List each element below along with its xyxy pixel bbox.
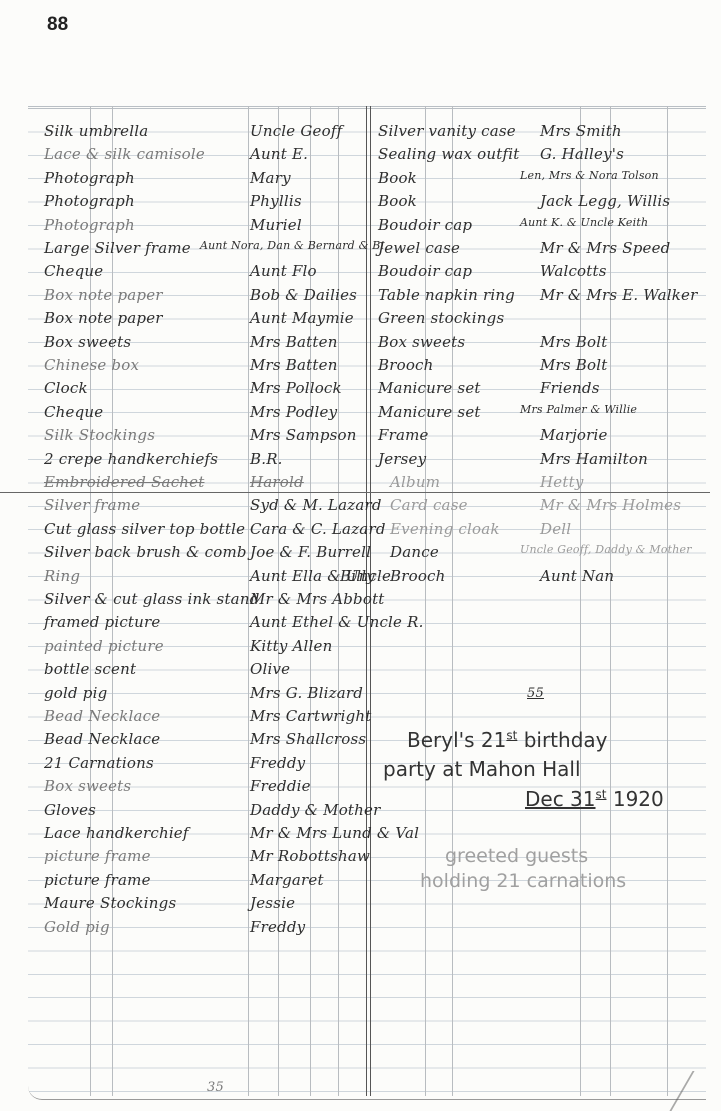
gift-item: Card case <box>390 496 468 514</box>
date-year: 1920 <box>613 787 664 811</box>
gift-item: Lace & silk camisole <box>44 145 205 163</box>
gift-item: painted picture <box>44 637 164 655</box>
event-birthday: birthday <box>524 728 608 752</box>
gift-item: Silver vanity case <box>378 122 516 140</box>
giver-name: Mary <box>250 169 291 187</box>
giver-name: Mrs Hamilton <box>540 450 648 468</box>
giver-name: Joe & F. Burrell <box>250 543 371 561</box>
giver-name: Aunt Maymie <box>250 309 354 327</box>
giver-name: Freddie <box>250 777 311 795</box>
giver-name: Phyllis <box>250 192 302 210</box>
gift-item: Photograph <box>44 169 135 187</box>
event-date: Dec 31st 1920 <box>525 787 664 811</box>
gift-item: Photograph <box>44 192 135 210</box>
margin-note: Billy <box>340 567 375 585</box>
gift-item: Silk umbrella <box>44 122 148 140</box>
gift-item: Boudoir cap <box>378 216 472 234</box>
giver-name: Walcotts <box>540 262 607 280</box>
giver-name: Jessie <box>250 894 295 912</box>
giver-name: Mrs Batten <box>250 333 338 351</box>
gift-item: Bead Necklace <box>44 730 160 748</box>
section-rule <box>0 492 710 493</box>
giver-name: Bob & Dailies <box>250 286 357 304</box>
left-total: 35 <box>207 1080 224 1095</box>
gift-item: Album <box>390 473 440 491</box>
gift-item: Gloves <box>44 801 96 819</box>
gift-item: Manicure set <box>378 379 481 397</box>
gift-item: Maure Stockings <box>44 894 176 912</box>
gift-item: Sealing wax outfit <box>378 145 519 163</box>
giver-name: Uncle Geoff, Daddy & Mother <box>520 543 692 556</box>
giver-name: Mr & Mrs E. Walker <box>540 286 698 304</box>
date-text: Dec 31 <box>525 787 596 811</box>
giver-name: Dell <box>540 520 571 538</box>
gift-item: Clock <box>44 379 88 397</box>
giver-name: Uncle Geoff <box>250 122 342 140</box>
gift-item: Evening cloak <box>390 520 500 538</box>
giver-name: Aunt K. & Uncle Keith <box>520 216 648 229</box>
gift-item: Photograph <box>44 216 135 234</box>
ledger-page: 88 Silk umbrellaUncle GeoffLace & silk c… <box>0 0 721 1111</box>
giver-name: Mrs G. Blizard <box>250 684 363 702</box>
giver-name: Jack Legg, Willis <box>540 192 670 210</box>
gift-item: picture frame <box>44 847 151 865</box>
gift-item: Frame <box>378 426 429 444</box>
giver-name: Hetty <box>540 473 584 491</box>
gift-item: Lace handkerchief <box>44 824 189 842</box>
giver-name: Mr & Mrs Speed <box>540 239 670 257</box>
gift-item: Chinese box <box>44 356 139 374</box>
gift-item: framed picture <box>44 613 160 631</box>
gift-item: Boudoir cap <box>378 262 472 280</box>
gift-item: Green stockings <box>378 309 504 327</box>
giver-name: Mrs Podley <box>250 403 337 421</box>
giver-name: Mr Robottshaw <box>250 847 370 865</box>
giver-name: Mrs Batten <box>250 356 338 374</box>
giver-name: Mr & Mrs Lund & Val <box>250 824 419 842</box>
giver-name: Mr & Mrs Abbott <box>250 590 385 608</box>
gift-item: 2 crepe handkerchiefs <box>44 450 218 468</box>
giver-name: Olive <box>250 660 290 678</box>
giver-name: Mrs Pollock <box>250 379 342 397</box>
gift-item: Dance <box>390 543 439 561</box>
giver-name: Friends <box>540 379 600 397</box>
event-note-line2: party at Mahon Hall <box>383 757 581 781</box>
giver-name: Mrs Bolt <box>540 333 607 351</box>
gift-item: Gold pig <box>44 918 110 936</box>
date-suffix: st <box>596 787 607 801</box>
giver-name: Mrs Palmer & Willie <box>520 403 637 416</box>
giver-name: Aunt Flo <box>250 262 317 280</box>
gift-item: Cheque <box>44 262 103 280</box>
event-title: Beryl's 21 <box>407 728 506 752</box>
giver-name: B.R. <box>250 450 283 468</box>
giver-name: Mrs Bolt <box>540 356 607 374</box>
giver-name: Aunt E. <box>250 145 308 163</box>
giver-name: Aunt Nora, Dan & Bernard & Bi <box>200 239 384 252</box>
gift-item: bottle scent <box>44 660 136 678</box>
giver-name: Freddy <box>250 754 305 772</box>
giver-name: Mrs Cartwright <box>250 707 372 725</box>
gift-item: Box sweets <box>44 333 131 351</box>
giver-name: Freddy <box>250 918 305 936</box>
pencil-note-line2: holding 21 carnations <box>420 870 626 892</box>
giver-name: G. Halley's <box>540 145 624 163</box>
giver-name: Muriel <box>250 216 302 234</box>
gift-item: Bead Necklace <box>44 707 160 725</box>
gift-item: Silver frame <box>44 496 140 514</box>
gift-item: Jersey <box>378 450 426 468</box>
gift-item: Box note paper <box>44 286 163 304</box>
gift-item: Embroidered Sachet <box>44 473 204 491</box>
gift-item: Jewel case <box>378 239 460 257</box>
gift-item: Silver back brush & comb <box>44 543 247 561</box>
giver-name: Aunt Nan <box>540 567 614 585</box>
ordinal-suffix: st <box>506 728 517 742</box>
gift-item: picture frame <box>44 871 151 889</box>
gift-item: Book <box>378 169 417 187</box>
giver-name: Daddy & Mother <box>250 801 380 819</box>
giver-name: Aunt Ethel & Uncle R. <box>250 613 424 631</box>
gift-item: 21 Carnations <box>44 754 154 772</box>
giver-name: Mrs Shallcross <box>250 730 366 748</box>
gift-item: Box sweets <box>44 777 131 795</box>
giver-name: Syd & M. Lazard <box>250 496 382 514</box>
gift-item: Manicure set <box>378 403 481 421</box>
event-note-line1: Beryl's 21st birthday <box>407 728 607 752</box>
gift-item: Ring <box>44 567 80 585</box>
gift-item: gold pig <box>44 684 107 702</box>
giver-name: Mrs Smith <box>540 122 622 140</box>
gift-item: Table napkin ring <box>378 286 515 304</box>
giver-name: Kitty Allen <box>250 637 332 655</box>
giver-name: Harold <box>250 473 304 491</box>
giver-name: Mr & Mrs Holmes <box>540 496 681 514</box>
giver-name: Margaret <box>250 871 324 889</box>
gift-item: Silk Stockings <box>44 426 155 444</box>
pencil-note-line1: greeted guests <box>445 845 588 867</box>
giver-name: Mrs Sampson <box>250 426 357 444</box>
giver-name: Len, Mrs & Nora Tolson <box>520 169 659 182</box>
gift-item: Large Silver frame <box>44 239 191 257</box>
gift-item: Book <box>378 192 417 210</box>
gift-item: Brooch <box>378 356 434 374</box>
gift-item: Cut glass silver top bottle <box>44 520 245 538</box>
giver-name: Marjorie <box>540 426 608 444</box>
right-total: 55 <box>527 686 544 701</box>
gift-item: Cheque <box>44 403 103 421</box>
gift-item: Silver & cut glass ink stand <box>44 590 260 608</box>
gift-item: Brooch <box>390 567 446 585</box>
giver-name: Cara & C. Lazard <box>250 520 386 538</box>
page-number: 88 <box>47 14 68 36</box>
gift-item: Box sweets <box>378 333 465 351</box>
gift-item: Box note paper <box>44 309 163 327</box>
